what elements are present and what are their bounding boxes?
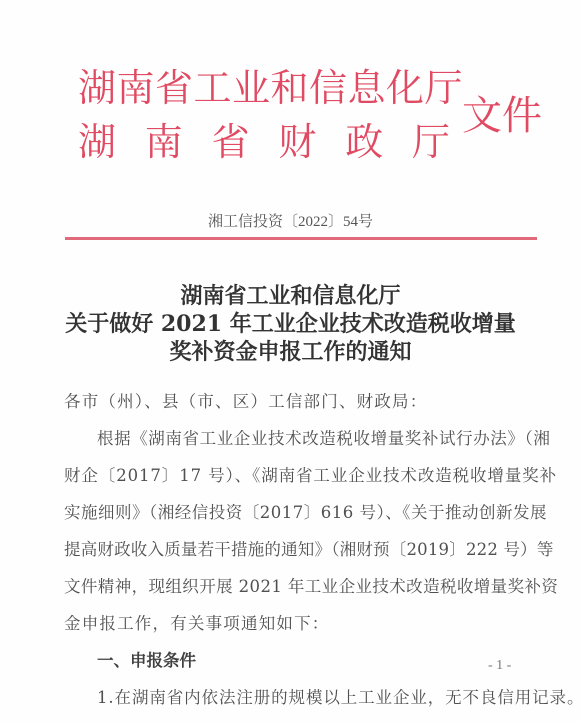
section-heading: 一、申报条件 (97, 651, 196, 671)
salutation: 各市（州）、县（市、区）工信部门、财政局： (64, 392, 427, 412)
issuer-char: 省 (212, 122, 250, 162)
paragraph-line: 金申报工作，有关事项通知如下： (64, 614, 330, 634)
issuer-line-industry: 湖南省工业和信息化厅 (78, 68, 463, 108)
issuer-char: 厅 (412, 122, 450, 162)
document-page: 湖南省工业和信息化厅 湖 南 省 财 政 厅 文件 湘工信投资〔2022〕54号… (0, 0, 581, 722)
title-line-2: 关于做好 2021 年工业企业技术改造税收增量 (0, 310, 581, 338)
title-line-1: 湖南省工业和信息化厅 (0, 282, 581, 310)
red-divider-rule (65, 237, 537, 240)
document-type-label: 文件 (462, 94, 542, 138)
title-line-3: 奖补资金申报工作的通知 (0, 338, 581, 366)
issuer-line-finance: 湖 南 省 财 政 厅 (78, 122, 450, 162)
issuer-char: 财 (278, 122, 316, 162)
document-number: 湘工信投资〔2022〕54号 (0, 212, 581, 232)
paragraph-line: 提高财政收入质量若干措施的通知》（湘财预〔2019〕222 号）等 (64, 540, 554, 560)
document-title: 湖南省工业和信息化厅 关于做好 2021 年工业企业技术改造税收增量 奖补资金申… (0, 282, 581, 366)
condition-item-1: 1.在湖南省内依法注册的规模以上工业企业，无不良信用记录。 (97, 688, 581, 708)
page-number: - 1 - (488, 658, 511, 674)
paragraph-line: 文件精神，现组织开展 2021 年工业企业技术改造税收增量奖补资 (64, 577, 558, 597)
issuer-char: 湖 (78, 122, 116, 162)
paragraph-line: 实施细则》（湘经信投资〔2017〕616 号）、《关于推动创新发展 (64, 503, 547, 523)
paragraph-line: 根据《湖南省工业企业技术改造税收增量奖补试行办法》（湘 (97, 429, 550, 449)
issuer-char: 政 (345, 122, 383, 162)
issuer-char: 南 (145, 122, 183, 162)
paragraph-line: 财企〔2017〕17 号）、《湖南省工业企业技术改造税收增量奖补 (64, 466, 557, 486)
